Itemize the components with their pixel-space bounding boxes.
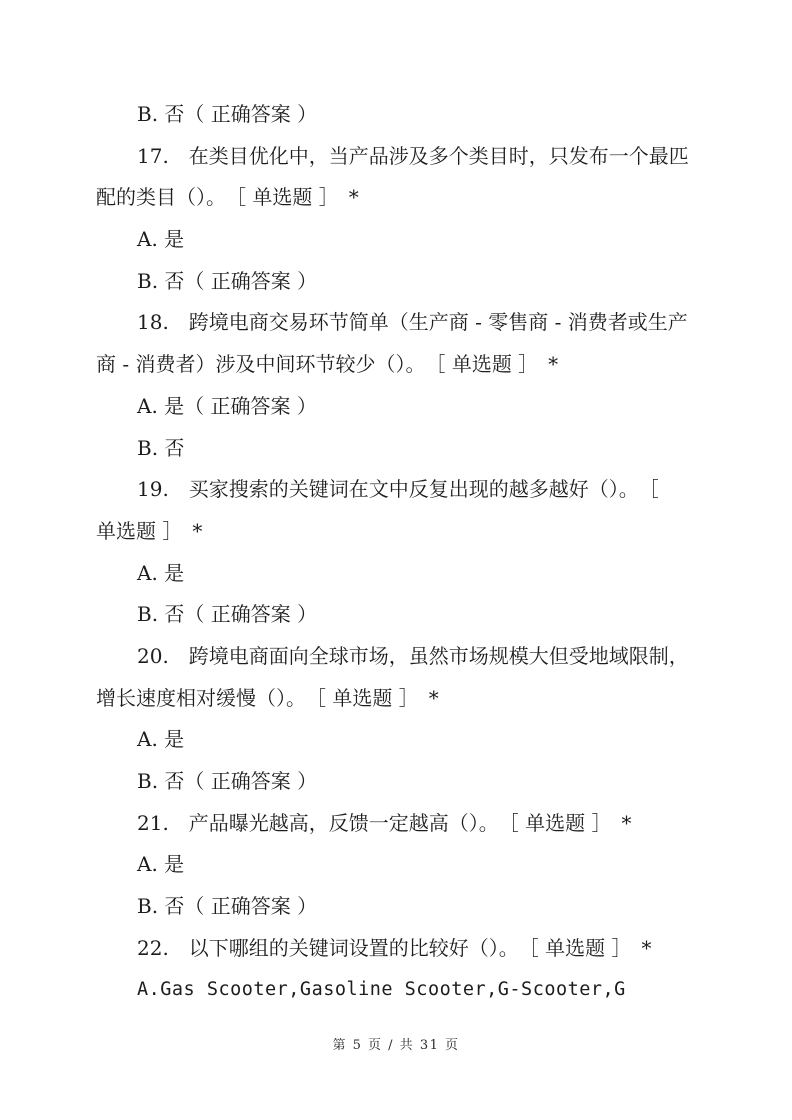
document-body: B. 否（ 正确答案 ） 17. 在类目优化中，当产品涉及多个类目时，只发布一个… [96,94,702,1011]
q18-text-line2: 商 - 消费者）涉及中间环节较少（）。 ［ 单选题 ］ * [96,344,702,386]
q17-option-b: B. 否（ 正确答案 ） [96,261,702,303]
q22-option-a: A.Gas Scooter,Gasoline Scooter,G-Scooter… [96,969,702,1011]
q16-option-b: B. 否（ 正确答案 ） [96,94,702,136]
q21-text: 21. 产品曝光越高，反馈一定越高（）。 ［ 单选题 ］ * [96,803,702,845]
q17-option-a: A. 是 [96,219,702,261]
q20-option-a: A. 是 [96,719,702,761]
q17-text-line2: 配的类目（）。 ［ 单选题 ］ * [96,177,702,219]
q22-text: 22. 以下哪组的关键词设置的比较好（）。 ［ 单选题 ］ * [96,928,702,970]
q18-option-b: B. 否 [96,428,702,470]
q20-option-b: B. 否（ 正确答案 ） [96,761,702,803]
q19-text-line1: 19. 买家搜索的关键词在文中反复出现的越多越好（）。 ［ [96,469,702,511]
q19-option-a: A. 是 [96,553,702,595]
q18-option-a: A. 是（ 正确答案 ） [96,386,702,428]
q17-text-line1: 17. 在类目优化中，当产品涉及多个类目时，只发布一个最匹 [96,136,702,178]
q20-text-line2: 增长速度相对缓慢（）。 ［ 单选题 ］ * [96,678,702,720]
page-indicator: 第 5 页 / 共 31 页 [0,1034,792,1053]
q20-text-line1: 20. 跨境电商面向全球市场，虽然市场规模大但受地域限制， [96,636,702,678]
q21-option-a: A. 是 [96,844,702,886]
q19-option-b: B. 否（ 正确答案 ） [96,594,702,636]
q19-text-line2: 单选题 ］ * [96,511,702,553]
q18-text-line1: 18. 跨境电商交易环节简单（生产商 - 零售商 - 消费者或生产 [96,302,702,344]
document-page: B. 否（ 正确答案 ） 17. 在类目优化中，当产品涉及多个类目时，只发布一个… [0,0,792,1120]
q21-option-b: B. 否（ 正确答案 ） [96,886,702,928]
